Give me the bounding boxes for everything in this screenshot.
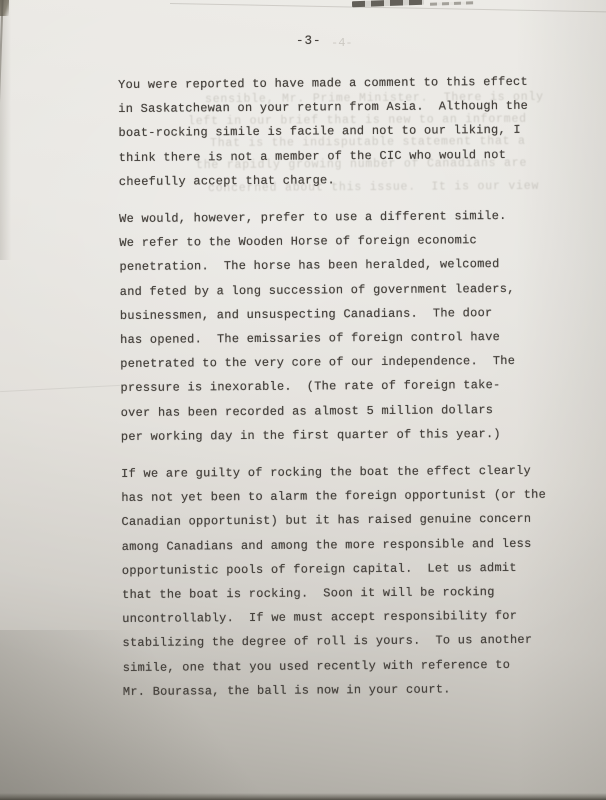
typewritten-line: has not yet been to alarm the foreign op…: [121, 483, 561, 511]
typewritten-line: You were reported to have made a comment…: [118, 70, 558, 98]
typewritten-line: and feted by a long succession of govern…: [120, 276, 560, 304]
cropped-header-smudge: [352, 0, 424, 7]
cropped-header-smudge-faint: [430, 1, 474, 6]
paper-fold-hint: [0, 385, 120, 392]
typewritten-line: businessmen, and unsuspecting Canadians.…: [120, 300, 560, 328]
typewritten-line: over has been recorded as almost 5 milli…: [121, 397, 561, 425]
typewritten-line: We would, however, prefer to use a diffe…: [119, 204, 559, 232]
typewritten-line: per working day in the first quarter of …: [121, 421, 561, 449]
typewritten-line: We refer to the Wooden Horse of foreign …: [119, 228, 559, 256]
typewritten-line: think there is not a member of the CIC w…: [119, 142, 559, 170]
page-bottom-edge: [0, 793, 606, 800]
paragraph: We would, however, prefer to use a diffe…: [119, 204, 561, 449]
typewritten-line: in Saskatchewan on your return from Asia…: [118, 94, 558, 122]
typewritten-line: penetrated to the very core of our indep…: [120, 349, 560, 377]
paragraph: You were reported to have made a comment…: [118, 70, 559, 194]
typewritten-line: boat-rocking simile is facile and not to…: [118, 118, 558, 146]
typewritten-line: opportunistic pools of foreign capital. …: [122, 555, 562, 583]
typewritten-line: penetration. The horse has been heralded…: [119, 252, 559, 280]
typewritten-line: pressure is inexorable. (The rate of for…: [120, 373, 560, 401]
right-shading: [516, 0, 606, 800]
typewritten-line: If we are guilty of rocking the boat the…: [121, 459, 561, 487]
typewritten-line: that the boat is rocking. Soon it will b…: [122, 580, 562, 608]
ghost-page-number: -4-: [331, 36, 353, 50]
page-number: -3-: [296, 34, 322, 48]
typewritten-line: among Canadians and among the more respo…: [122, 531, 562, 559]
typewritten-line: Canadian opportunist) but it has raised …: [121, 507, 561, 535]
typewritten-line: has opened. The emissaries of foreign co…: [120, 325, 560, 353]
photographed-typewritten-page: -3- -4- sensible, Mr. Prime Minister. Th…: [0, 0, 606, 800]
typewritten-line: cheefully accept that charge.: [119, 166, 559, 194]
letter-body: You were reported to have made a comment…: [118, 70, 563, 718]
bottom-left-shadow: [0, 630, 430, 800]
typewritten-line: uncontrollably. If we must accept respon…: [122, 604, 562, 632]
